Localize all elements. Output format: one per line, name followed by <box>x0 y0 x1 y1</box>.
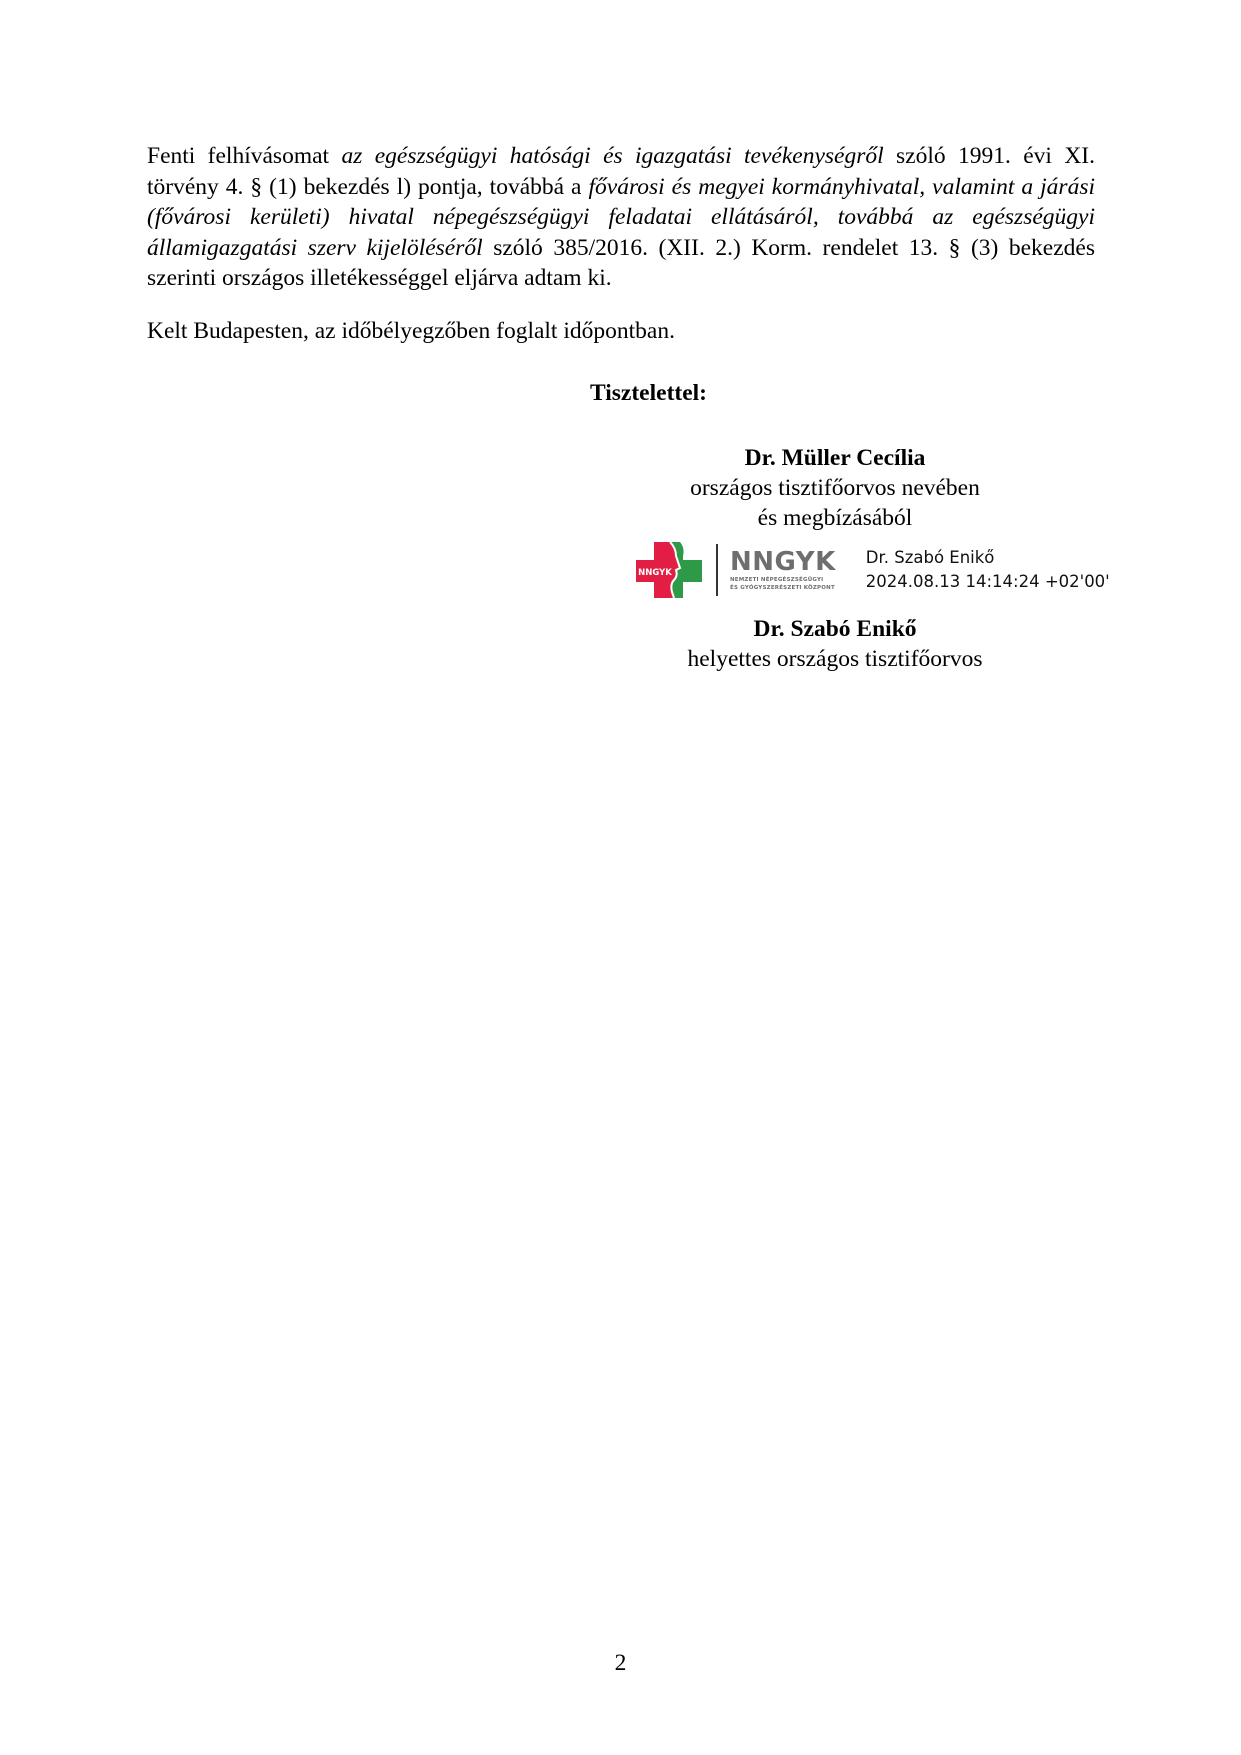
signer-name: Dr. Szabó Enikő <box>866 546 1110 570</box>
page-number: 2 <box>0 1650 1241 1677</box>
signatory-title-1: országos tisztifőorvos nevében <box>625 473 1045 503</box>
law-title-italic: az egészségügyi hatósági és igazgatási t… <box>341 143 883 169</box>
logo-subtitle-1: NEMZETI NÉPEGÉSZSÉGÜGYI <box>730 576 836 584</box>
signatory-block: Dr. Müller Cecília országos tisztifőorvo… <box>625 443 1045 533</box>
digital-signature-stamp: NNGYK NNGYK NEMZETI NÉPEGÉSZSÉGÜGYI ÉS G… <box>636 542 1110 598</box>
signature-info: Dr. Szabó Enikő 2024.08.13 14:14:24 +02'… <box>866 546 1110 594</box>
signature-timestamp: 2024.08.13 14:14:24 +02'00' <box>866 570 1110 594</box>
place-date-line: Kelt Budapesten, az időbélyegzőben fogla… <box>147 318 675 345</box>
logo-subtitle-2: ÉS GYÓGYSZERÉSZETI KÖZPONT <box>730 584 836 592</box>
deputy-block: Dr. Szabó Enikő helyettes országos tiszt… <box>625 614 1045 674</box>
logo-wordmark: NNGYK NEMZETI NÉPEGÉSZSÉGÜGYI ÉS GYÓGYSZ… <box>730 548 836 592</box>
nngyk-logo-icon: NNGYK <box>636 542 702 598</box>
body-paragraph: Fenti felhívásomat az egészségügyi hatós… <box>147 141 1095 294</box>
logo-name: NNGYK <box>730 548 836 576</box>
closing-salutation: Tisztelettel: <box>590 380 707 407</box>
deputy-name: Dr. Szabó Enikő <box>625 614 1045 644</box>
logo-divider <box>716 544 718 596</box>
paragraph-text: Fenti felhívásomat <box>147 143 341 169</box>
svg-text:NNGYK: NNGYK <box>638 568 672 578</box>
signatory-title-2: és megbízásából <box>625 503 1045 533</box>
deputy-title: helyettes országos tisztifőorvos <box>625 644 1045 674</box>
signatory-name: Dr. Müller Cecília <box>625 443 1045 473</box>
